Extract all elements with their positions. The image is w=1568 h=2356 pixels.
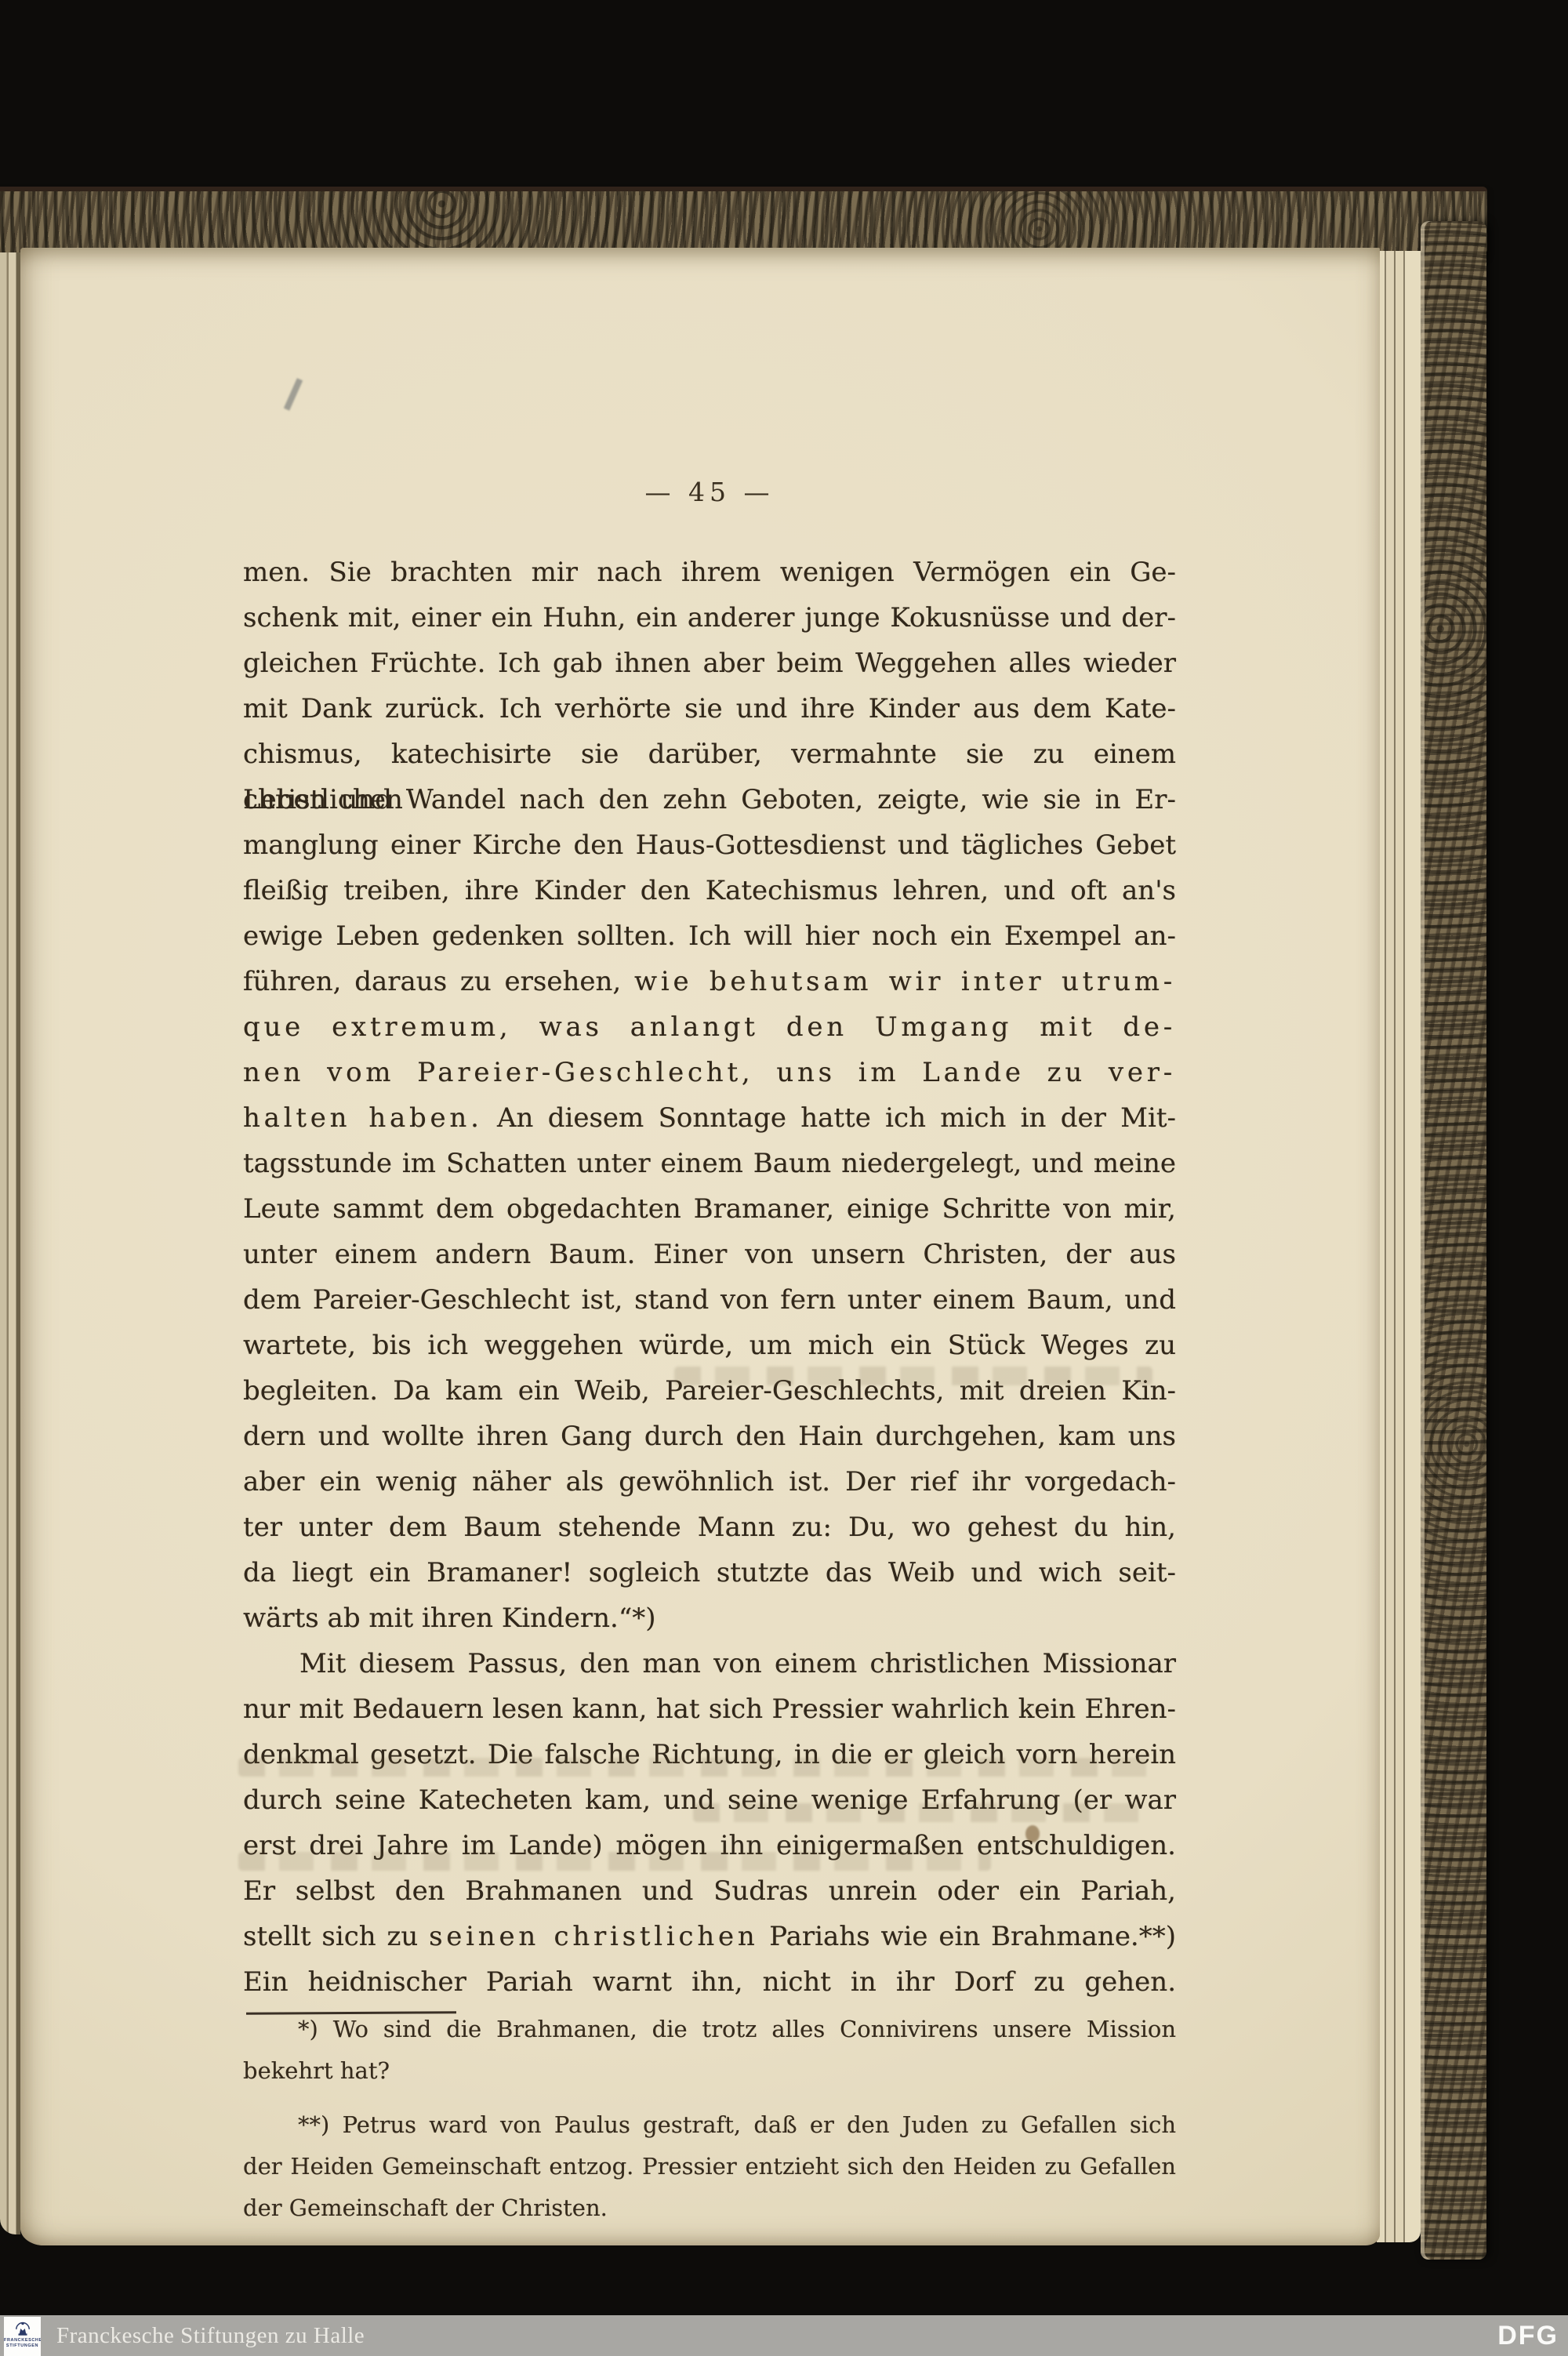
text-line: Er selbst den Brahmanen und Sudras unrei…	[243, 1868, 1176, 1914]
text-line: dern und wollte ihren Gang durch den Hai…	[243, 1414, 1176, 1459]
text-line: bekehrt hat?	[243, 2050, 1176, 2092]
text-line: gleichen Früchte. Ich gab ihnen aber bei…	[243, 641, 1176, 686]
bleedthrough-text	[238, 1852, 991, 1871]
body-text: men. Sie brachten mir nach ihrem wenigen…	[243, 550, 1176, 2005]
foundation-emblem-icon	[14, 2319, 31, 2338]
text-line: **) Petrus ward von Paulus gestraft, daß…	[243, 2104, 1176, 2146]
dfg-logo: DFG	[1497, 2315, 1559, 2356]
institution-name: Franckesche Stiftungen zu Halle	[56, 2315, 365, 2356]
text-line: aber ein wenig näher als gewöhnlich ist.…	[243, 1459, 1176, 1505]
text-line: nur mit Bedauern lesen kann, hat sich Pr…	[243, 1686, 1176, 1732]
text-line: wärts ab mit ihren Kindern.“*)	[243, 1595, 1176, 1641]
text-line: chismus, katechisirte sie darüber, verma…	[243, 731, 1176, 777]
text-line: halten haben. An diesem Sonntage hatte i…	[243, 1095, 1176, 1141]
text-line: *) Wo sind die Brahmanen, die trotz alle…	[243, 2009, 1176, 2050]
text-line: unter einem andern Baum. Einer von unser…	[243, 1232, 1176, 1277]
text-line: Leben und Wandel nach den zehn Geboten, …	[243, 777, 1176, 822]
text-line: mit Dank zurück. Ich verhörte sie und ih…	[243, 686, 1176, 731]
text-line: der Gemeinschaft der Christen.	[243, 2187, 1176, 2229]
logo-text-line2: STIFTUNGEN	[4, 2343, 41, 2349]
pencil-mark	[284, 378, 303, 411]
text-line: fleißig treiben, ihre Kinder den Katechi…	[243, 868, 1176, 913]
text-line: da liegt ein Bramaner! sogleich stutzte …	[243, 1550, 1176, 1595]
book-cover-fore-edge	[1421, 221, 1486, 2260]
text-line: que extremum, was anlangt den Umgang mit…	[243, 1004, 1176, 1050]
facing-page-edge	[0, 252, 20, 2234]
text-line: der Heiden Gemeinschaft entzog. Pressier…	[243, 2146, 1176, 2187]
text-line: stellt sich zu seinen christlichen Paria…	[243, 1914, 1176, 1959]
text-line: Ein heidnischer Pariah warnt ihn, nicht …	[243, 1959, 1176, 2005]
book-page: — 45 — men. Sie brachten mir nach ihrem …	[20, 248, 1380, 2245]
text-line: nen vom Pareier-Geschlecht, uns im Lande…	[243, 1050, 1176, 1095]
text-line: ter unter dem Baum stehende Mann zu: Du,…	[243, 1505, 1176, 1550]
text-line: Leute sammt dem obgedachten Bramaner, ei…	[243, 1186, 1176, 1232]
text-line: tagsstunde im Schatten unter einem Baum …	[243, 1141, 1176, 1186]
text-line: Mit diesem Passus, den man von einem chr…	[243, 1641, 1176, 1686]
bleedthrough-text	[693, 1803, 1156, 1822]
book-cover-top-edge	[0, 187, 1487, 254]
text-line: wartete, bis ich weggehen würde, um mich…	[243, 1323, 1176, 1368]
text-line: ewige Leben gedenken sollten. Ich will h…	[243, 913, 1176, 959]
footnotes: *) Wo sind die Brahmanen, die trotz alle…	[243, 2009, 1176, 2229]
viewer-footer-bar: FRANCKESCHE STIFTUNGEN Franckesche Stift…	[0, 2315, 1568, 2356]
text-line: manglung einer Kirche den Haus-Gottesdie…	[243, 822, 1176, 868]
page-stack-edges	[1377, 251, 1421, 2242]
bleedthrough-text	[674, 1367, 1152, 1385]
logo-text-line1: FRANCKESCHE	[4, 2338, 41, 2343]
bleedthrough-text	[238, 1758, 1163, 1777]
paper-stain	[1025, 1825, 1040, 1842]
franckesche-stiftungen-logo: FRANCKESCHE STIFTUNGEN	[4, 2317, 41, 2356]
text-line: men. Sie brachten mir nach ihrem wenigen…	[243, 550, 1176, 595]
text-line: führen, daraus zu ersehen, wie behutsam …	[243, 959, 1176, 1004]
book-scan-canvas: — 45 — men. Sie brachten mir nach ihrem …	[0, 0, 1568, 2356]
page-number: — 45 —	[243, 477, 1176, 507]
text-line: schenk mit, einer ein Huhn, ein anderer …	[243, 595, 1176, 641]
text-line: dem Pareier-Geschlecht ist, stand von fe…	[243, 1277, 1176, 1323]
